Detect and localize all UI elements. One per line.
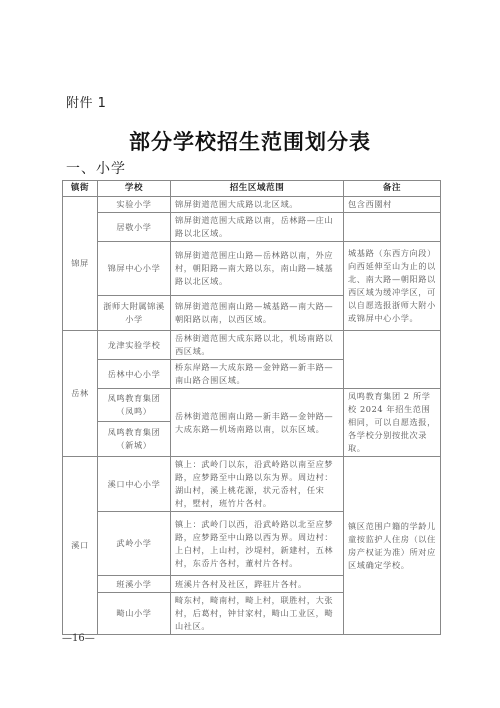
school-cell: 凤鸣教育集团（凤鸣） [98,389,171,422]
school-cell: 班溪小学 [98,576,171,593]
note-cell: 城基路（东西方向段）向西延伸至山为止的以北、南大路—朝阳路以西区域为缓冲学区，可… [344,242,441,331]
school-cell: 溪口中心小学 [98,457,171,512]
section-heading: 一、小学 [66,158,126,178]
header-school: 学校 [98,181,171,197]
scope-cell: 锦屏街道范围南山路—城基路—南大路—朝阳路以南，以西区域。 [171,296,344,331]
town-cell: 锦屏 [63,197,98,331]
note-cell [344,331,441,389]
school-cell: 凤鸣教育集团（新城） [98,421,171,456]
page-number: —16— [62,633,95,644]
header-town: 镇街 [63,181,98,197]
note-cell: 包含西園村 [344,197,441,213]
scope-cell: 桥东岸路—大成东路—金钟路—新丰路—南山路合围区域。 [171,360,344,389]
enrollment-table: 镇街 学校 招生区域范围 备注 锦屏 实验小学 锦屏街道范围大成路以北区域。 包… [62,180,441,635]
school-cell: 武岭小学 [98,512,171,576]
school-cell: 浙师大附属锦溪小学 [98,296,171,331]
table-row: 居敬小学 锦屏街道范围大成路以南，岳林路—庄山路以北区域。 [63,213,441,242]
scope-cell: 锦屏街道范围大成路以北区域。 [171,197,344,213]
school-cell: 居敬小学 [98,213,171,242]
table-row: 溪口 溪口中心小学 镇上：武岭门以东，沿武岭路以南至应梦路，应梦路至中山路以东为… [63,457,441,512]
town-cell: 岳林 [63,331,98,457]
header-note: 备注 [344,181,441,197]
table-row: 凤鸣教育集团（凤鸣） 岳林街道范围南山路—新丰路—金钟路—大成东路—机场南路以南… [63,389,441,422]
note-cell: 镇区范围户籍的学龄儿童按监护人住房（以住房产权证为准）所对应区域确定学校。 [344,457,441,635]
school-cell: 畸山小学 [98,593,171,635]
scope-cell: 班溪片各村及社区，跸驻片各村。 [171,576,344,593]
header-scope: 招生区域范围 [171,181,344,197]
page-title: 部分学校招生范围划分表 [0,126,500,156]
scope-cell: 岳林街道范围南山路—新丰路—金钟路—大成东路—机场南路以南，以东区域。 [171,389,344,457]
school-cell: 锦屏中心小学 [98,242,171,296]
table-row: 锦屏中心小学 锦屏街道范围庄山路—岳林路以南，外应村，朝阳路—南大路以东，南山路… [63,242,441,296]
town-cell: 溪口 [63,457,98,635]
school-cell: 岳林中心小学 [98,360,171,389]
scope-cell: 畸东村，畸南村，畸上村，联胜村，大张村，后葛村，钟甘家村，畸山工业区，畸山社区。 [171,593,344,635]
table-row: 锦屏 实验小学 锦屏街道范围大成路以北区域。 包含西園村 [63,197,441,213]
table-row: 岳林 龙津实验学校 岳林街道范围大成东路以北，机场南路以西区域。 [63,331,441,360]
note-cell: 凤鸣教育集团 2 所学校 2024 年招生范围相同，可以自愿选报，各学校分别按批… [344,389,441,457]
school-cell: 龙津实验学校 [98,331,171,360]
scope-cell: 锦屏街道范围大成路以南，岳林路—庄山路以北区域。 [171,213,344,242]
scope-cell: 锦屏街道范围庄山路—岳林路以南，外应村，朝阳路—南大路以东，南山路—城基路以北区… [171,242,344,296]
scope-cell: 岳林街道范围大成东路以北，机场南路以西区域。 [171,331,344,360]
table-header-row: 镇街 学校 招生区域范围 备注 [63,181,441,197]
note-cell [344,213,441,242]
scope-cell: 镇上：武岭门以东，沿武岭路以南至应梦路，应梦路至中山路以东为界。周边村：湖山村，… [171,457,344,512]
attachment-label: 附件 1 [66,92,106,111]
school-cell: 实验小学 [98,197,171,213]
scope-cell: 镇上：武岭门以西，沿武岭路以北至应梦路，应梦路至中山路以西为界。周边村：上白村，… [171,512,344,576]
